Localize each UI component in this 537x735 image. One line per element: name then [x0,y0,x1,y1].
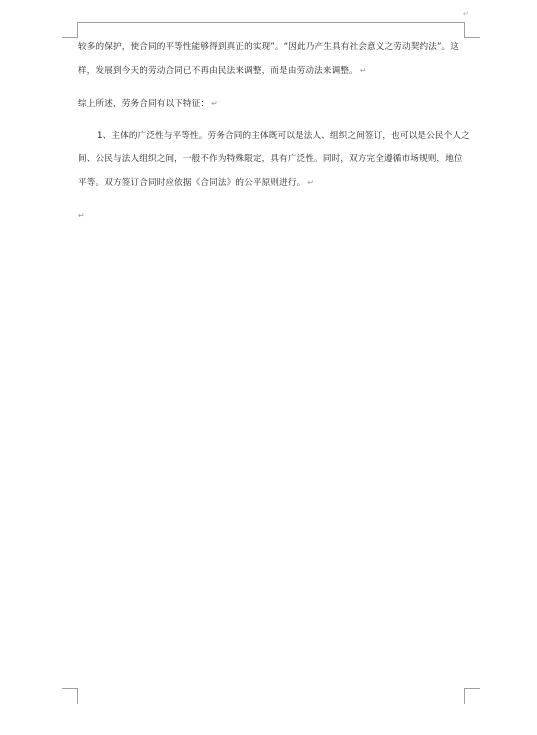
paragraph-mark: ↵ [360,66,367,75]
bottom-left-corner-horizontal [62,688,78,689]
bottom-left-corner-vertical [77,688,78,704]
paragraph-mark: ↵ [211,99,218,108]
top-left-corner-horizontal [62,37,78,38]
top-margin-line [77,22,465,23]
header-paragraph-mark: ↵ [463,10,469,18]
paragraph-summary[interactable]: 综上所述，劳务合同有以下特征：↵ [78,92,470,116]
paragraph-text: 1、主体的广泛性与平等性。劳务合同的主体既可以是法人、组织之间签订，也可以是公民… [78,131,470,188]
document-page: ↵ 较多的保护，使合同的平等性能够得到真正的实现”。“因此乃产生具有社会意义之劳… [0,0,537,735]
paragraph-feature-1[interactable]: 1、主体的广泛性与平等性。劳务合同的主体既可以是法人、组织之间签订，也可以是公民… [78,125,470,195]
bottom-right-corner-horizontal [464,688,480,689]
paragraph-empty[interactable]: ↵ [78,204,470,228]
paragraph-mark: ↵ [78,211,85,220]
paragraph-mark: ↵ [307,178,314,187]
bottom-right-corner-vertical [464,688,465,704]
paragraph-text: 综上所述，劳务合同有以下特征： [78,99,209,109]
paragraph-text: 较多的保护，使合同的平等性能够得到真正的实现”。“因此乃产生具有社会意义之劳动契… [78,42,459,76]
document-body[interactable]: 较多的保护，使合同的平等性能够得到真正的实现”。“因此乃产生具有社会意义之劳动契… [78,36,470,228]
paragraph-labor-law[interactable]: 较多的保护，使合同的平等性能够得到真正的实现”。“因此乃产生具有社会意义之劳动契… [78,36,470,83]
